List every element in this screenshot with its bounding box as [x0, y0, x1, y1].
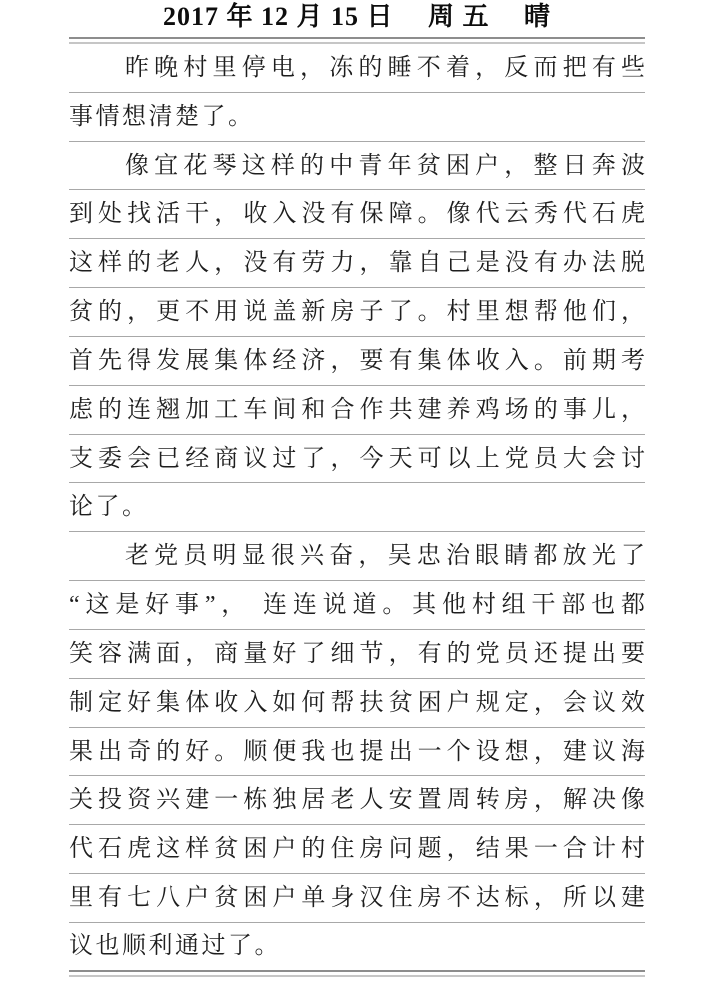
text-line: 支委会已经商议过了，今天可以上党员大会讨 [69, 435, 645, 484]
text-line: 笑容满面，商量好了细节，有的党员还提出要 [69, 630, 645, 679]
text-line-content: 贫的，更不用说盖新房子了。村里想帮他们， [69, 300, 645, 324]
text-line: 论了。 [69, 483, 645, 532]
text-line: “这是好事”， 连连说道。其他村组干部也都 [69, 581, 645, 630]
text-line: 昨晚村里停电，冻的睡不着，反而把有些 [69, 44, 645, 93]
text-line: 关投资兴建一栋独居老人安置周转房，解决像 [69, 776, 645, 825]
text-line-content: “这是好事”， 连连说道。其他村组干部也都 [69, 593, 645, 617]
text-line-content: 到处找活干，收入没有保障。像代云秀代石虎 [69, 202, 645, 226]
text-line: 这样的老人，没有劳力，靠自己是没有办法脱 [69, 239, 645, 288]
text-line-content: 老党员明显很兴奋，吴忠治眼睛都放光了 [69, 544, 645, 568]
footer-divider [69, 970, 645, 977]
date-heading: 2017 年 12 月 15 日 周 五 晴 [69, 0, 645, 37]
text-line: 代石虎这样贫困户的住房问题，结果一合计村 [69, 825, 645, 874]
text-line-content: 论了。 [69, 495, 645, 519]
text-line: 贫的，更不用说盖新房子了。村里想帮他们， [69, 288, 645, 337]
text-line: 事情想清楚了。 [69, 93, 645, 142]
text-line: 里有七八户贫困户单身汉住房不达标，所以建 [69, 874, 645, 923]
diary-sheet: 2017 年 12 月 15 日 周 五 晴 昨晚村里停电，冻的睡不着，反而把有… [69, 0, 645, 977]
text-line-content: 关投资兴建一栋独居老人安置周转房，解决像 [69, 788, 645, 812]
text-line-content: 里有七八户贫困户单身汉住房不达标，所以建 [69, 886, 645, 910]
text-line-content: 虑的连翘加工车间和合作共建养鸡场的事儿， [69, 398, 645, 422]
text-line: 议也顺利通过了。 [69, 923, 645, 970]
text-line-content: 像宜花琴这样的中青年贫困户，整日奔波 [69, 154, 645, 178]
text-line: 果出奇的好。顺便我也提出一个设想，建议海 [69, 728, 645, 777]
text-line-content: 笑容满面，商量好了细节，有的党员还提出要 [69, 642, 645, 666]
text-line: 老党员明显很兴奋，吴忠治眼睛都放光了 [69, 532, 645, 581]
text-line-content: 果出奇的好。顺便我也提出一个设想，建议海 [69, 740, 645, 764]
text-line-content: 代石虎这样贫困户的住房问题，结果一合计村 [69, 837, 645, 861]
text-line: 到处找活干，收入没有保障。像代云秀代石虎 [69, 190, 645, 239]
text-line-content: 事情想清楚了。 [69, 105, 645, 129]
text-line-content: 支委会已经商议过了，今天可以上党员大会讨 [69, 447, 645, 471]
text-line: 虑的连翘加工车间和合作共建养鸡场的事儿， [69, 386, 645, 435]
text-line-content: 昨晚村里停电，冻的睡不着，反而把有些 [69, 56, 645, 80]
text-line-content: 这样的老人，没有劳力，靠自己是没有办法脱 [69, 251, 645, 275]
text-line-content: 议也顺利通过了。 [69, 934, 645, 958]
text-line-content: 首先得发展集体经济，要有集体收入。前期考 [69, 349, 645, 373]
text-line-content: 制定好集体收入如何帮扶贫困户规定，会议效 [69, 691, 645, 715]
header-divider [69, 37, 645, 44]
diary-page: 2017 年 12 月 15 日 周 五 晴 昨晚村里停电，冻的睡不着，反而把有… [0, 0, 720, 988]
text-line: 像宜花琴这样的中青年贫困户，整日奔波 [69, 142, 645, 191]
text-line: 制定好集体收入如何帮扶贫困户规定，会议效 [69, 679, 645, 728]
text-line: 首先得发展集体经济，要有集体收入。前期考 [69, 337, 645, 386]
